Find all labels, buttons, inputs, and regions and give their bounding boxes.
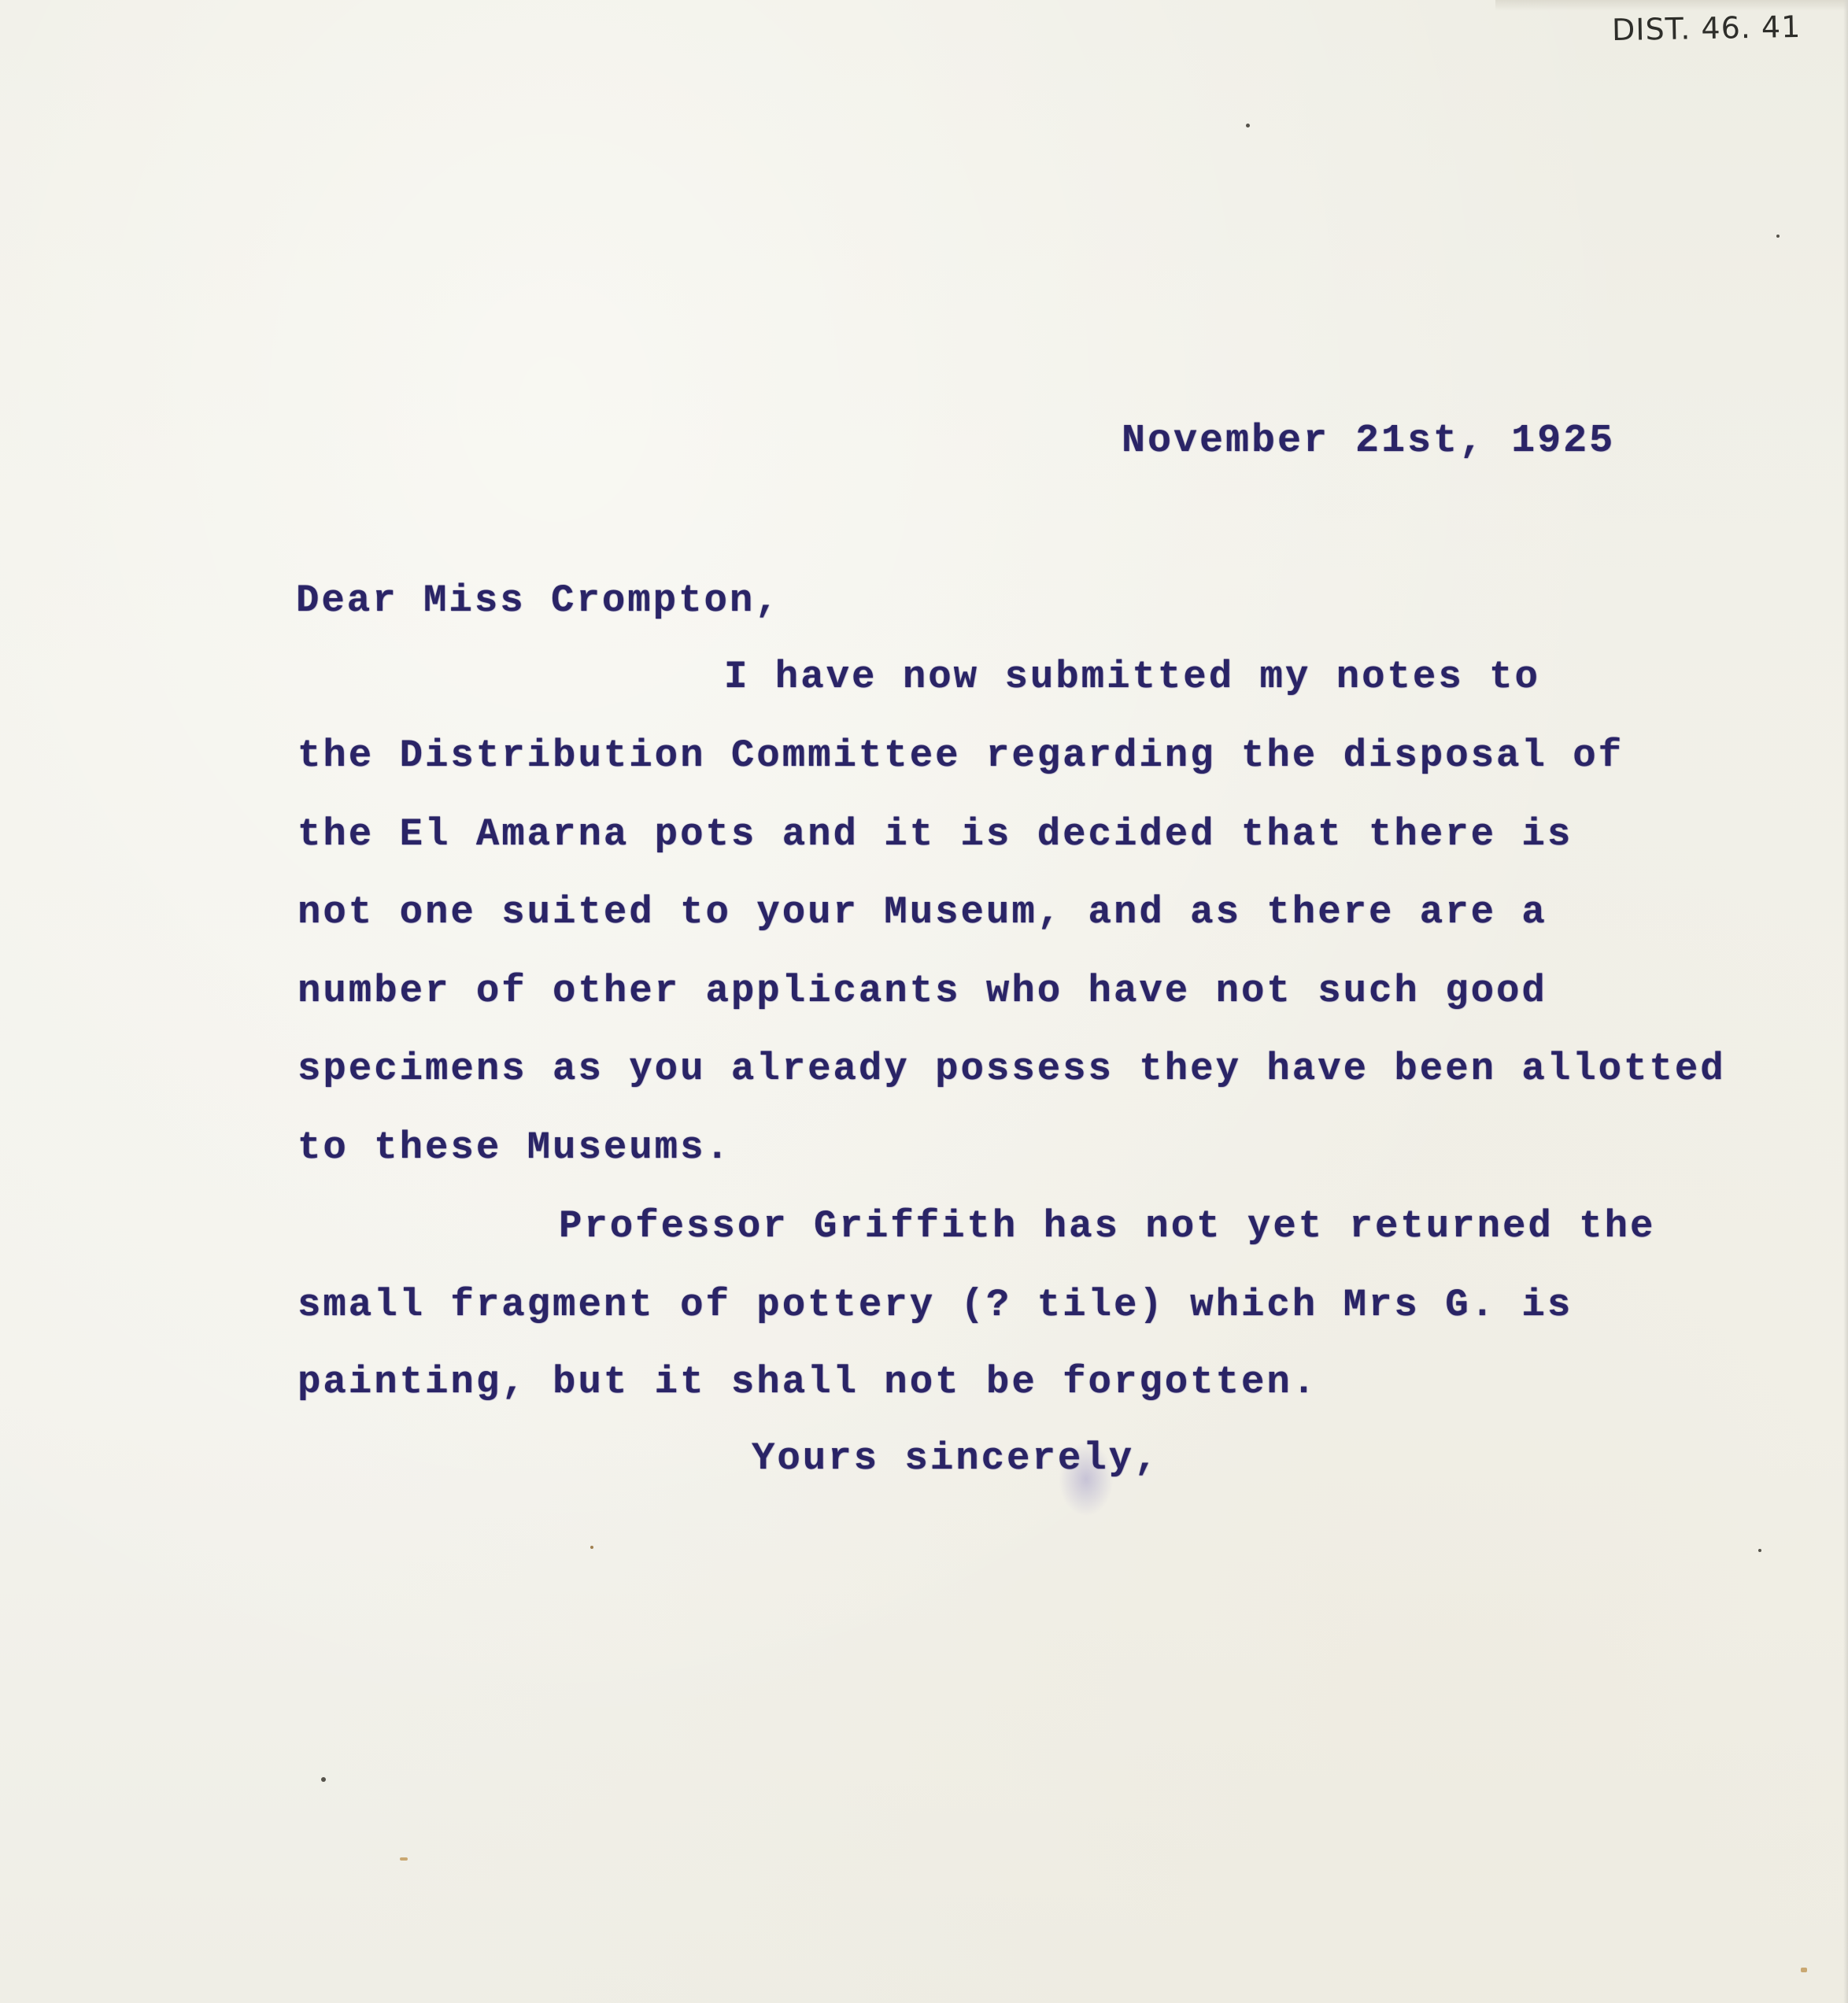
body-line: the Distribution Committee regarding the… [298, 734, 1624, 778]
letter-page: DIST. 46. 41 November 21st, 1925 Dear Mi… [0, 0, 1848, 2003]
paper-speck [321, 1777, 326, 1782]
paper-speck [1776, 235, 1780, 238]
closing: Yours sincerely, [752, 1436, 1159, 1480]
paper-right-edge [1843, 0, 1848, 2003]
paper-speck [1758, 1549, 1761, 1552]
paper-fiber [400, 1857, 408, 1861]
body-line: Professor Griffith has not yet returned … [559, 1204, 1655, 1248]
body-line: the El Amarna pots and it is decided tha… [298, 812, 1573, 856]
body-line: I have now submitted my notes to [724, 655, 1540, 699]
salutation: Dear Miss Crompton, [296, 578, 781, 623]
paper-speck [1246, 124, 1250, 127]
body-line: not one suited to your Museum, and as th… [298, 890, 1547, 934]
paper-speck [590, 1546, 593, 1549]
letter-date: November 21st, 1925 [1122, 419, 1615, 464]
archive-reference: DIST. 46. 41 [1612, 9, 1802, 47]
body-line: specimens as you already possess they ha… [298, 1047, 1726, 1091]
body-line: small fragment of pottery (? tile) which… [298, 1283, 1573, 1327]
body-line: to these Museums. [298, 1125, 731, 1170]
body-line: painting, but it shall not be forgotten. [298, 1360, 1318, 1404]
body-line: number of other applicants who have not … [298, 969, 1547, 1013]
paper-fiber [1801, 1968, 1807, 1972]
